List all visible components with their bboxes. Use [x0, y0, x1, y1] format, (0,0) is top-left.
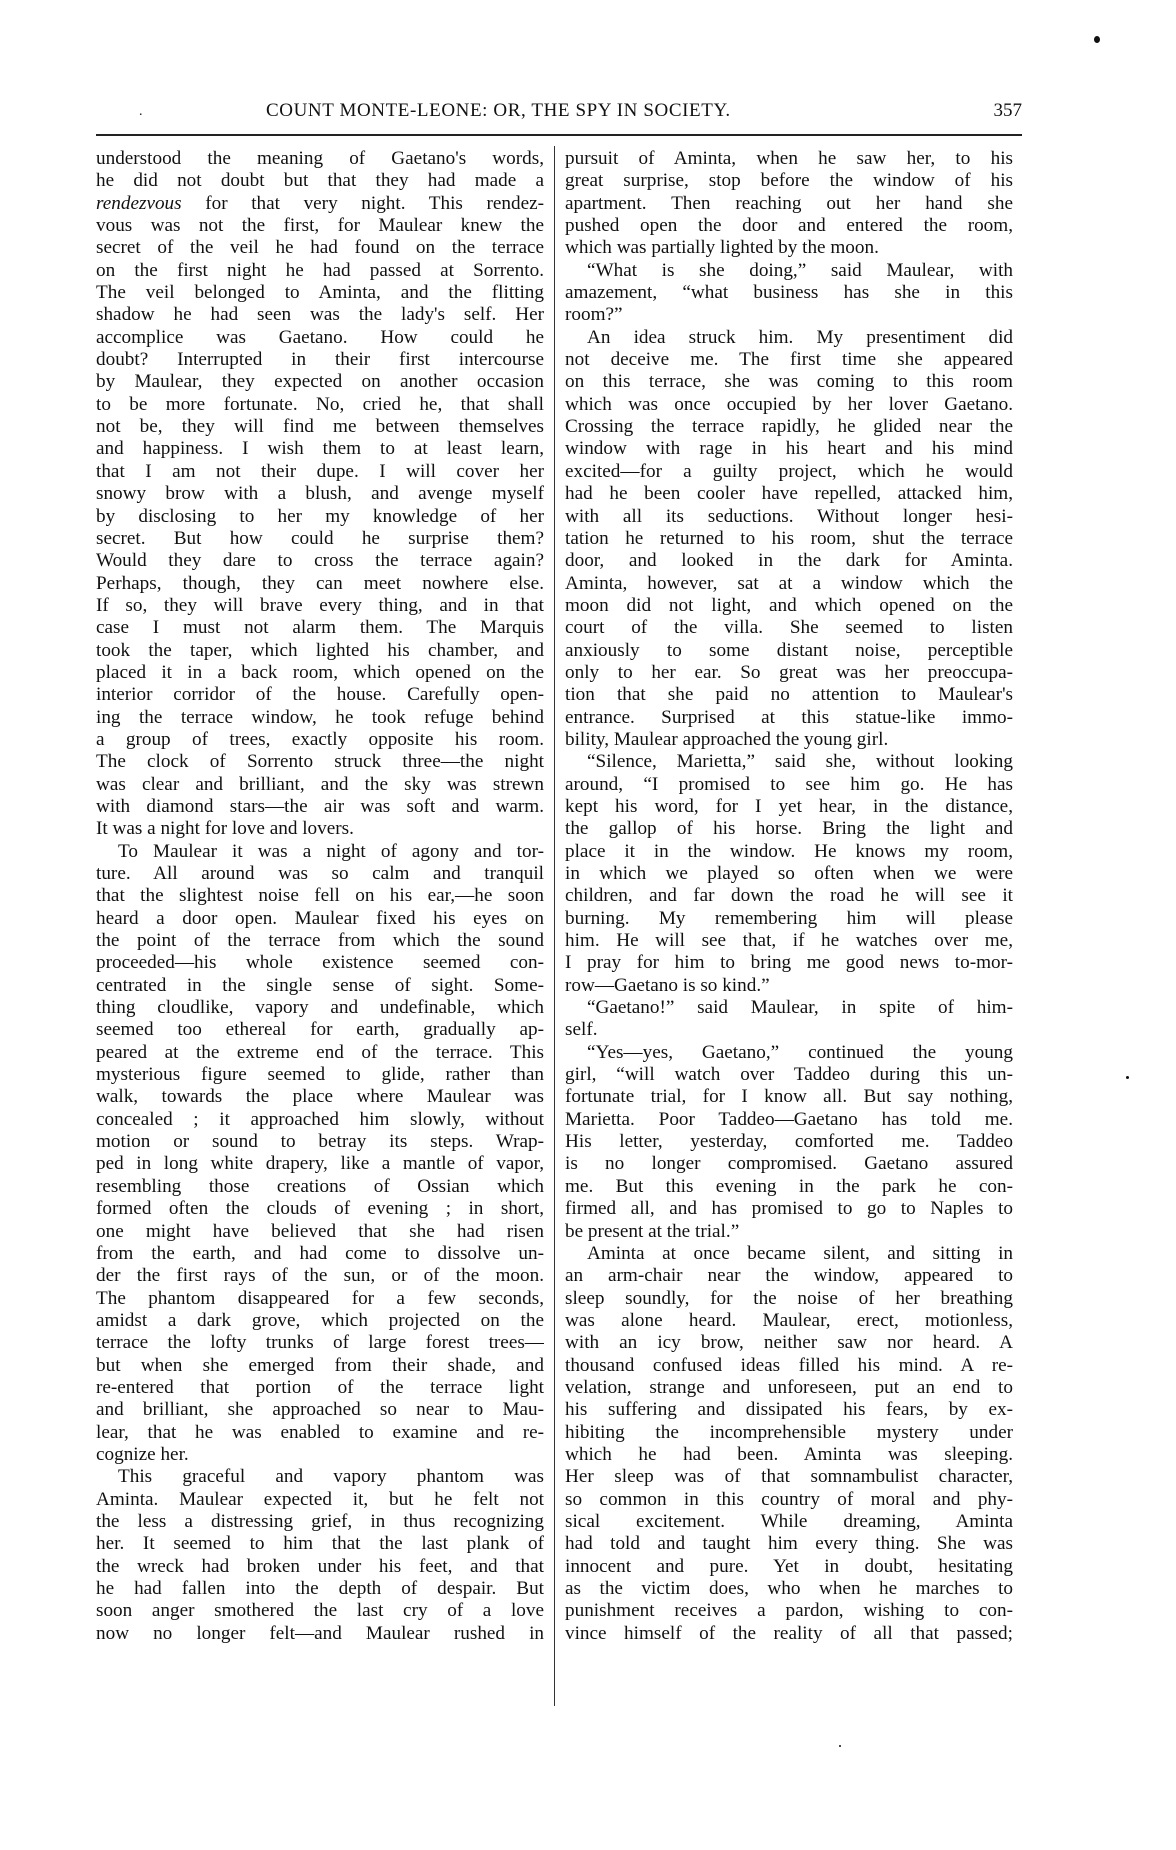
text-line: tation he returned to his room, shut the… — [565, 528, 1013, 550]
text-line: her. It seemed to him that the last plan… — [96, 1533, 544, 1555]
running-title: COUNT MONTE-LEONE: OR, THE SPY IN SOCIET… — [266, 100, 731, 122]
text-line: “Gaetano!” said Maulear, in spite of him… — [565, 997, 1013, 1019]
text-line: and happiness. I wish them to at least l… — [96, 438, 544, 460]
text-line: placed it in a back room, which opened o… — [96, 662, 544, 684]
text-line: pushed open the door and entered the roo… — [565, 215, 1013, 237]
text-line: his suffering and dissipated his fears, … — [565, 1399, 1013, 1421]
text-line: from the earth, and had come to dissolve… — [96, 1243, 544, 1265]
text-line: the point of the terrace from which the … — [96, 930, 544, 952]
text-line: that the slightest noise fell on his ear… — [96, 885, 544, 907]
text-line: with an icy brow, neither saw nor heard.… — [565, 1332, 1013, 1354]
text-line: ped in long white drapery, like a mantle… — [96, 1153, 544, 1175]
text-line: The veil belonged to Aminta, and the fli… — [96, 282, 544, 304]
text-line: The clock of Sorrento struck three—the n… — [96, 751, 544, 773]
text-line: kept his word, for I yet hear, in the di… — [565, 796, 1013, 818]
text-line: had he been cooler have repelled, attack… — [565, 483, 1013, 505]
text-line: This graceful and vapory phantom was — [96, 1466, 544, 1488]
text-line: bility, Maulear approached the young gir… — [565, 729, 1013, 751]
text-line: understood the meaning of Gaetano's word… — [96, 148, 544, 170]
text-line: one might have believed that she had ris… — [96, 1221, 544, 1243]
text-line: which was once occupied by her lover Gae… — [565, 394, 1013, 416]
text-line: which he had been. Aminta was sleeping. — [565, 1444, 1013, 1466]
text-line: thing cloudlike, vapory and undefinable,… — [96, 997, 544, 1019]
text-line: be present at the trial.” — [565, 1221, 1013, 1243]
text-line: in which we played so often when we were — [565, 863, 1013, 885]
text-line: secret. But how could he surprise them? — [96, 528, 544, 550]
text-line: amazement, “what business has she in thi… — [565, 282, 1013, 304]
text-line: firmed all, and has promised to go to Na… — [565, 1198, 1013, 1220]
text-line: Perhaps, though, they can meet nowhere e… — [96, 573, 544, 595]
text-line: amidst a dark grove, which projected on … — [96, 1310, 544, 1332]
text-line: entrance. Surprised at this statue-like … — [565, 707, 1013, 729]
text-line: the less a distressing grief, in thus re… — [96, 1511, 544, 1533]
text-line: to be more fortunate. No, cried he, that… — [96, 394, 544, 416]
text-line: he did not doubt but that they had made … — [96, 170, 544, 192]
text-line: great surprise, stop before the window o… — [565, 170, 1013, 192]
text-line: re-entered that portion of the terrace l… — [96, 1377, 544, 1399]
text-line: court of the villa. She seemed to listen — [565, 617, 1013, 639]
text-line: window with rage in his heart and his mi… — [565, 438, 1013, 460]
text-line: peared at the extreme end of the terrace… — [96, 1042, 544, 1064]
text-line: me. But this evening in the park he con- — [565, 1176, 1013, 1198]
text-line: soon anger smothered the last cry of a l… — [96, 1600, 544, 1622]
text-line: children, and far down the road he will … — [565, 885, 1013, 907]
text-line: by Maulear, they expected on another occ… — [96, 371, 544, 393]
text-line: fortunate trial, for I know all. But say… — [565, 1086, 1013, 1108]
text-line: “What is she doing,” said Maulear, with — [565, 260, 1013, 282]
text-line: interior corridor of the house. Carefull… — [96, 684, 544, 706]
text-line: Marietta. Poor Taddeo—Gaetano has told m… — [565, 1109, 1013, 1131]
right-column: pursuit of Aminta, when he saw her, to h… — [565, 148, 1013, 1645]
text-line: Would they dare to cross the terrace aga… — [96, 550, 544, 572]
text-line: sical excitement. While dreaming, Aminta — [565, 1511, 1013, 1533]
text-line: walk, towards the place where Maulear wa… — [96, 1086, 544, 1108]
text-line: seemed too ethereal for earth, gradually… — [96, 1019, 544, 1041]
text-line: door, and looked in the dark for Aminta. — [565, 550, 1013, 572]
text-line: had told and taught him every thing. She… — [565, 1533, 1013, 1555]
header-mark: . — [139, 104, 143, 120]
text-line: lear, that he was enabled to examine and… — [96, 1422, 544, 1444]
text-line: a group of trees, exactly opposite his r… — [96, 729, 544, 751]
text-line: rendezvous for that very night. This ren… — [96, 193, 544, 215]
page-number: 357 — [994, 100, 1023, 122]
text-line: apartment. Then reaching out her hand sh… — [565, 193, 1013, 215]
text-line: ing the terrace window, he took refuge b… — [96, 707, 544, 729]
text-line: is no longer compromised. Gaetano assure… — [565, 1153, 1013, 1175]
text-line: self. — [565, 1019, 1013, 1041]
text-line: concealed ; it approached him slowly, wi… — [96, 1109, 544, 1131]
text-line: heard a door open. Maulear fixed his eye… — [96, 908, 544, 930]
text-line: terrace the lofty trunks of large forest… — [96, 1332, 544, 1354]
text-line: If so, they will brave every thing, and … — [96, 595, 544, 617]
text-line: as the victim does, who when he marches … — [565, 1578, 1013, 1600]
text-line: burning. My remembering him will please — [565, 908, 1013, 930]
text-line: case I must not alarm them. The Marquis — [96, 617, 544, 639]
text-line: vous was not the first, for Maulear knew… — [96, 215, 544, 237]
text-line: by disclosing to her my knowledge of her — [96, 506, 544, 528]
text-line: hibiting the incomprehensible mystery un… — [565, 1422, 1013, 1444]
text-line: velation, strange and unforeseen, put an… — [565, 1377, 1013, 1399]
text-line: ture. All around was so calm and tranqui… — [96, 863, 544, 885]
text-line: room?” — [565, 304, 1013, 326]
text-line: on the first night he had passed at Sorr… — [96, 260, 544, 282]
text-line: that I am not their dupe. I will cover h… — [96, 461, 544, 483]
text-line: der the first rays of the sun, or of the… — [96, 1265, 544, 1287]
text-line: resembling those creations of Ossian whi… — [96, 1176, 544, 1198]
scan-speck — [1126, 1076, 1129, 1079]
text-line: centrated in the single sense of sight. … — [96, 975, 544, 997]
header-rule — [96, 134, 1022, 136]
text-line: “Yes—yes, Gaetano,” continued the young — [565, 1042, 1013, 1064]
text-line: not be, they will find me between themse… — [96, 416, 544, 438]
text-line: punishment receives a pardon, wishing to… — [565, 1600, 1013, 1622]
text-line: which was partially lighted by the moon. — [565, 237, 1013, 259]
text-line: excited—for a guilty project, which he w… — [565, 461, 1013, 483]
text-line: cognize her. — [96, 1444, 544, 1466]
text-line: “Silence, Marietta,” said she, without l… — [565, 751, 1013, 773]
text-line: formed often the clouds of evening ; in … — [96, 1198, 544, 1220]
text-line: pursuit of Aminta, when he saw her, to h… — [565, 148, 1013, 170]
text-line: with diamond stars—the air was soft and … — [96, 796, 544, 818]
text-line: The phantom disappeared for a few second… — [96, 1288, 544, 1310]
column-divider — [554, 146, 555, 1706]
text-line: on this terrace, she was coming to this … — [565, 371, 1013, 393]
text-line: he had fallen into the depth of despair.… — [96, 1578, 544, 1600]
text-line: anxiously to some distant noise, percept… — [565, 640, 1013, 662]
text-line: I pray for him to bring me good news to-… — [565, 952, 1013, 974]
left-column: understood the meaning of Gaetano's word… — [96, 148, 544, 1645]
text-line: was clear and brilliant, and the sky was… — [96, 774, 544, 796]
text-line: sleep soundly, for the noise of her brea… — [565, 1288, 1013, 1310]
scan-speck — [839, 1745, 841, 1747]
text-line: mysterious figure seemed to glide, rathe… — [96, 1064, 544, 1086]
text-line: thousand confused ideas filled his mind.… — [565, 1355, 1013, 1377]
text-line: Aminta, however, sat at a window which t… — [565, 573, 1013, 595]
text-line: Aminta. Maulear expected it, but he felt… — [96, 1489, 544, 1511]
text-line: him. He will see that, if he watches ove… — [565, 930, 1013, 952]
text-line: His letter, yesterday, comforted me. Tad… — [565, 1131, 1013, 1153]
text-line: an arm-chair near the window, appeared t… — [565, 1265, 1013, 1287]
running-header: . COUNT MONTE-LEONE: OR, THE SPY IN SOCI… — [96, 100, 1022, 130]
text-line: doubt? Interrupted in their first interc… — [96, 349, 544, 371]
text-line: not deceive me. The first time she appea… — [565, 349, 1013, 371]
text-line: vince himself of the reality of all that… — [565, 1623, 1013, 1645]
text-line: so common in this country of moral and p… — [565, 1489, 1013, 1511]
text-line: accomplice was Gaetano. How could he — [96, 327, 544, 349]
text-line: row—Gaetano is so kind.” — [565, 975, 1013, 997]
text-line: only to her ear. So great was her preocc… — [565, 662, 1013, 684]
text-line: snowy brow with a blush, and avenge myse… — [96, 483, 544, 505]
text-line: Crossing the terrace rapidly, he glided … — [565, 416, 1013, 438]
text-line: moon did not light, and which opened on … — [565, 595, 1013, 617]
text-line: the wreck had broken under his feet, and… — [96, 1556, 544, 1578]
text-line: place it in the window. He knows my room… — [565, 841, 1013, 863]
text-line: It was a night for love and lovers. — [96, 818, 544, 840]
scan-speck — [1094, 36, 1100, 43]
text-line: with all its seductions. Without longer … — [565, 506, 1013, 528]
text-line: Her sleep was of that somnambulist chara… — [565, 1466, 1013, 1488]
text-line: shadow he had seen was the lady's self. … — [96, 304, 544, 326]
text-line: and brilliant, she approached so near to… — [96, 1399, 544, 1421]
text-line: tion that she paid no attention to Maule… — [565, 684, 1013, 706]
text-line: innocent and pure. Yet in doubt, hesitat… — [565, 1556, 1013, 1578]
text-line: took the taper, which lighted his chambe… — [96, 640, 544, 662]
text-line: was alone heard. Maulear, erect, motionl… — [565, 1310, 1013, 1332]
text-line: now no longer felt—and Maulear rushed in — [96, 1623, 544, 1645]
text-line: proceeded—his whole existence seemed con… — [96, 952, 544, 974]
text-line: girl, “will watch over Taddeo during thi… — [565, 1064, 1013, 1086]
text-line: motion or sound to betray its steps. Wra… — [96, 1131, 544, 1153]
text-line: An idea struck him. My presentiment did — [565, 327, 1013, 349]
text-line: around, “I promised to see him go. He ha… — [565, 774, 1013, 796]
text-line: To Maulear it was a night of agony and t… — [96, 841, 544, 863]
text-line: but when she emerged from their shade, a… — [96, 1355, 544, 1377]
document-page: . COUNT MONTE-LEONE: OR, THE SPY IN SOCI… — [0, 0, 1176, 1850]
text-line: Aminta at once became silent, and sittin… — [565, 1243, 1013, 1265]
text-line: secret of the veil he had found on the t… — [96, 237, 544, 259]
text-line: the gallop of his horse. Bring the light… — [565, 818, 1013, 840]
